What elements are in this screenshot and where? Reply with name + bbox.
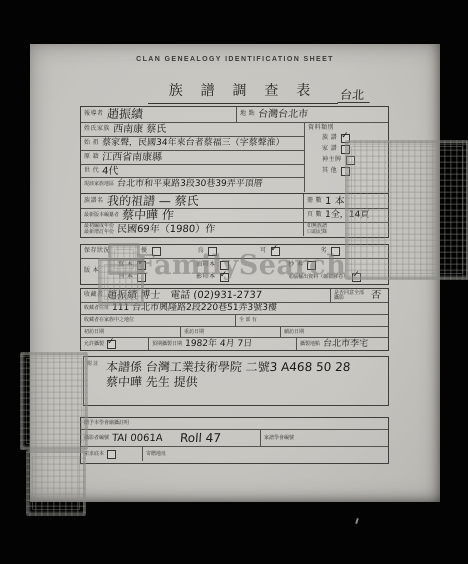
condition-row: 保存狀況 優 良 可 劣 [81, 245, 388, 258]
location-note-handwriting: 台北 [338, 90, 371, 103]
category-item-label: 神主牌 [322, 157, 342, 164]
category-item-ancestral-tablet: 神主牌 [322, 156, 385, 165]
version-checkbox [220, 261, 229, 270]
collector-role-right-label: 全 部 有 [239, 318, 257, 323]
first-ancestor-label: 始 祖 [84, 140, 99, 147]
note-line-1: 本譜係 台灣工業技術學院 二號3 A468 50 28 [106, 362, 387, 373]
category-item-other: 其 他 [322, 167, 385, 176]
document-page: CLAN GENEALOGY IDENTIFICATION SHEET 族 譜 … [30, 44, 440, 502]
category-item-genealogy: 族 譜 [322, 134, 385, 143]
version-label: 版 本 [84, 268, 99, 275]
consent-cell: 是否同意全部攝影 否 [331, 289, 388, 302]
condition-checkbox [271, 247, 280, 256]
request-copy-cell: 索求底本 [81, 447, 143, 461]
english-title: CLAN GENEALOGY IDENTIFICATION SHEET [30, 56, 440, 63]
current-area-label: 現該家族地區 [84, 182, 114, 187]
volume-label: 冊 數 [307, 198, 322, 205]
category-item-label: 其 他 [322, 168, 337, 175]
version-checkbox [137, 261, 146, 270]
informant-cell: 報導者 趙振績 [81, 107, 237, 122]
condition-checkbox [331, 247, 340, 256]
current-area-value: 台北市和平東路3段30巷39弄平頂厝 [117, 179, 263, 190]
first-visit-label: 初訪日期 [84, 330, 104, 335]
mailing-address-cell: 寄贈地址 [143, 447, 388, 461]
origin-cell: 原 籍 江西省南康縣 [81, 151, 304, 164]
compiler-label: 最新版本編纂者 [84, 213, 119, 218]
generations-cell: 世 代 4代 [81, 165, 304, 177]
genealogy-title-cell: 族譜名 我的祖譜 — 蔡氏 [81, 194, 304, 208]
version-row: 版 本 寫 本 油印本 抄 本 [81, 259, 388, 283]
collector-role-right-cell: 全 部 有 [236, 315, 388, 326]
followup-visit-label: 續訪日期 [284, 330, 304, 335]
revisit-label: 重訪日期 [184, 330, 204, 335]
category-item-checkbox [341, 134, 350, 143]
version-checkbox [352, 273, 361, 282]
condition-opt-label: 良 [198, 248, 205, 255]
filming-place-label: 攝製地點 [300, 342, 320, 347]
archive-header-cell: 贈予本學會縮攝註明 [81, 418, 388, 429]
oral-record-label-2: 口頭記錄 [307, 230, 327, 235]
generations-label: 世 代 [84, 168, 99, 175]
identity-left-column: 姓氏家族 西南康 蔡氏 始 祖 蔡家聲，民國34年來台者蔡福三（字蔡聲淮） 原 … [81, 123, 305, 192]
collector-table: 收藏者 趙振績 博士 電話 (02)931-2737 是否同意全部攝影 否 收藏… [80, 288, 389, 351]
camera-operator-cell: 攝影者編號 TAI 0061A Roll 47 [81, 430, 261, 446]
compiler-value: 蔡中曄 作 [122, 210, 175, 221]
version-opt-label: 電腦輸出資料（縮微膠卷） [288, 275, 348, 280]
collector-cell: 收藏者 趙振績 博士 電話 (02)931-2737 [81, 289, 331, 302]
archive-seal-watermark-bottom-left [26, 450, 86, 516]
pages-value: 1全，14頁 [325, 210, 370, 221]
edition-year-value: 民國69年（1980）作 [117, 224, 216, 235]
data-category-box: 資料類別 族 譜 家 譜 神主牌 其 他 [305, 123, 388, 192]
mailing-address-label: 寄贈地址 [146, 452, 166, 457]
note-label: 附 註 [87, 362, 98, 367]
category-item-checkbox [341, 145, 350, 154]
family-name-cell: 姓氏家族 西南康 蔡氏 [81, 123, 304, 136]
informant-value: 趙振績 [106, 109, 143, 120]
pages-cell: 頁 數 1全，14頁 [304, 209, 388, 222]
first-ancestor-value: 蔡家聲，民國34年來台者蔡福三（字蔡聲淮） [102, 138, 285, 149]
compiler-cell: 最新版本編纂者 蔡中曄 作 [81, 209, 304, 222]
condition-opt-label: 優 [141, 248, 148, 255]
pages-label: 頁 數 [307, 212, 322, 219]
genealogy-table: 族譜名 我的祖譜 — 蔡氏 冊 數 1 本 最新版本編纂者 蔡中曄 作 頁 數 … [80, 193, 389, 238]
filming-place-cell: 攝製地點 台北市李宅 [297, 338, 388, 350]
condition-label: 保存狀況 [84, 248, 110, 255]
society-number-cell: 家譜學會編號 [261, 430, 388, 446]
collector-role-label: 收藏者在家族中之地位 [84, 318, 134, 323]
request-copy-checkbox [107, 450, 116, 459]
consent-value: 否 [371, 290, 382, 301]
film-speck [355, 518, 359, 524]
camera-operator-number: TAI 0061A [112, 433, 163, 444]
place-label: 地 點 [240, 111, 255, 118]
version-checkbox [220, 273, 229, 282]
first-visit-cell: 初訪日期 [81, 327, 181, 337]
origin-label: 原 籍 [84, 154, 99, 161]
filming-date-cell: 預期攝製日期 1982年 4月 7日 [149, 338, 297, 350]
filming-permit-checkbox [107, 340, 116, 349]
collector-label: 收藏者 [84, 292, 104, 299]
roll-number: Roll 47 [179, 433, 221, 444]
place-cell: 地 點 台灣台北市 [237, 107, 388, 122]
filming-place-value: 台北市李宅 [323, 339, 369, 350]
condition-table: 保存狀況 優 良 可 劣 [80, 244, 389, 285]
version-checkbox [307, 261, 316, 270]
version-opt-label: 抄 本 [288, 262, 303, 269]
category-item-family-record: 家 譜 [322, 145, 385, 154]
condition-opt-label: 劣 [321, 248, 328, 255]
filming-date-value: 1982年 4月 7日 [185, 339, 253, 350]
archive-seal-watermark-left [20, 352, 88, 450]
version-checkbox [137, 273, 146, 282]
family-name-label: 姓氏家族 [84, 126, 110, 133]
category-item-label: 家 譜 [322, 146, 337, 153]
first-ancestor-cell: 始 祖 蔡家聲，民國34年來台者蔡福三（字蔡聲淮） [81, 137, 304, 150]
scanned-photo-frame: CLAN GENEALOGY IDENTIFICATION SHEET 族 譜 … [0, 0, 468, 564]
note-label-cell: 附 註 [84, 357, 104, 405]
genealogy-title-label: 族譜名 [84, 198, 104, 205]
archive-header-label: 贈予本學會縮攝註明 [84, 421, 129, 426]
collector-address-value: 111 台北市興隆路2段220巷51弄3號3樓 [112, 303, 278, 314]
category-item-label: 族 譜 [322, 135, 337, 142]
note-box: 附 註 本譜係 台灣工業技術學院 二號3 A468 50 28 蔡中曄 先生 提… [83, 356, 389, 406]
filming-date-label: 預期攝製日期 [152, 342, 182, 347]
revisit-cell: 重訪日期 [181, 327, 281, 337]
filming-permit-label: 允許攝製 [84, 342, 104, 347]
filming-permit-cell: 允許攝製 [81, 338, 149, 350]
consent-label: 是否同意全部攝影 [334, 291, 368, 301]
camera-operator-label: 攝影者編號 [84, 436, 109, 441]
genealogy-title-value: 我的祖譜 — 蔡氏 [106, 196, 198, 207]
volume-value: 1 本 [325, 196, 345, 207]
volume-cell: 冊 數 1 本 [304, 194, 388, 208]
family-name-value: 西南康 蔡氏 [113, 124, 167, 135]
note-line-2: 蔡中曄 先生 提供 [106, 377, 387, 388]
note-content: 本譜係 台灣工業技術學院 二號3 A468 50 28 蔡中曄 先生 提供 [104, 357, 388, 393]
collector-address-cell: 收藏者住址 111 台北市興隆路2段220巷51弄3號3樓 [81, 303, 388, 314]
version-opt-label: 油印本 [196, 262, 216, 269]
collector-value: 趙振績 博士 電話 (02)931-2737 [106, 290, 262, 301]
identity-table: 報導者 趙振績 地 點 台灣台北市 姓氏家族 西南康 蔡氏 [80, 106, 389, 194]
informant-label: 報導者 [84, 111, 104, 118]
oral-record-cell: 如無族譜 口頭記錄 [304, 223, 388, 236]
condition-opt-label: 可 [260, 248, 267, 255]
collector-role-cell: 收藏者在家族中之地位 [81, 315, 236, 326]
condition-checkbox [152, 247, 161, 256]
condition-checkbox [208, 247, 217, 256]
archive-table: 贈予本學會縮攝註明 攝影者編號 TAI 0061A Roll 47 家譜學會編號… [80, 417, 389, 464]
collector-address-label: 收藏者住址 [84, 306, 109, 311]
request-copy-label: 索求底本 [84, 452, 104, 457]
generations-value: 4代 [102, 166, 119, 177]
category-item-checkbox [346, 156, 355, 165]
edition-year-cell: 最初編成年份 最新增訂年份 民國69年（1980）作 [81, 223, 304, 236]
category-item-checkbox [341, 167, 350, 176]
version-opt-label: 影印本 [196, 274, 216, 281]
origin-value: 江西省南康縣 [102, 152, 163, 163]
chinese-title: 族 譜 調 查 表 [148, 80, 338, 104]
latest-revision-year-label: 最新增訂年份 [84, 230, 114, 235]
version-opt-label: 寫 本 [118, 262, 133, 269]
society-number-label: 家譜學會編號 [264, 436, 294, 441]
version-opt-label: 刊 本 [118, 274, 133, 281]
place-value: 台灣台北市 [258, 109, 309, 120]
followup-visit-cell: 續訪日期 [281, 327, 388, 337]
current-area-cell: 現該家族地區 台北市和平東路3段30巷39弄平頂厝 [81, 178, 304, 191]
